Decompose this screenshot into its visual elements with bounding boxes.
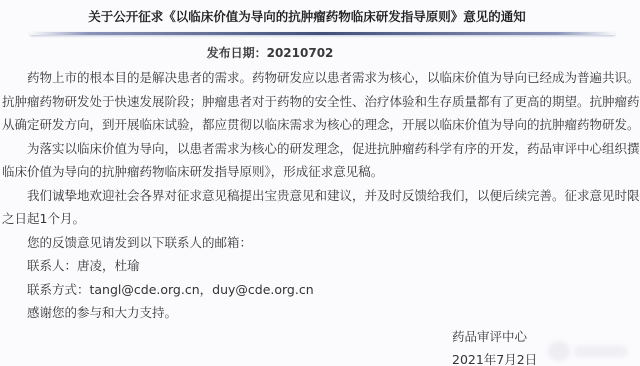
body-line: 感谢您的参与和大力支持。 [2,301,640,325]
contact-names-line: 联系人：唐凌，杜瑜 [2,254,640,278]
signature-org: 药品审评中心 [2,325,640,349]
body-line: 您的反馈意见请发到以下联系人的邮箱： [2,231,640,255]
body-line: 抗肿瘤药物研发处于快速发展阶段；肿瘤患者对于药物的安全性、治疗体验和生存质量都有… [2,90,640,114]
signature-date: 2021年7月2日 [2,348,640,366]
notice-body: 药物上市的根本目的是解决患者的需求。药物研发应以患者需求为核心，以临床价值为导向… [0,66,640,366]
contact-emails-line: 联系方式：tangl@cde.org.cn，duy@cde.org.cn [2,278,640,302]
notice-page: 关于公开征求《以临床价值为导向的抗肿瘤药物临床研发指导原则》意见的通知 发布日期… [0,7,640,366]
body-line: 为落实以临床价值为导向，以患者需求为核心的研发理念，促进抗肿瘤药科学有序的开发，… [2,137,640,161]
page-title: 关于公开征求《以临床价值为导向的抗肿瘤药物临床研发指导原则》意见的通知 [0,7,627,25]
body-line: 从确定研发方向，到开展临床试验，都应贯彻以临床需求为核心的理念，开展以临床价值为… [2,113,640,137]
publish-date: 发布日期：20210702 [0,44,590,61]
title-divider [30,32,615,35]
body-line: 临床价值为导向的抗肿瘤药物临床研发指导原则》，形成征求意见稿。 [2,160,640,184]
body-line: 我们诚挚地欢迎社会各界对征求意见稿提出宝贵意见和建议，并及时反馈给我们，以便后续… [2,184,640,208]
body-line: 药物上市的根本目的是解决患者的需求。药物研发应以患者需求为核心，以临床价值为导向… [2,66,640,90]
body-line: 之日起1个月。 [2,207,640,231]
